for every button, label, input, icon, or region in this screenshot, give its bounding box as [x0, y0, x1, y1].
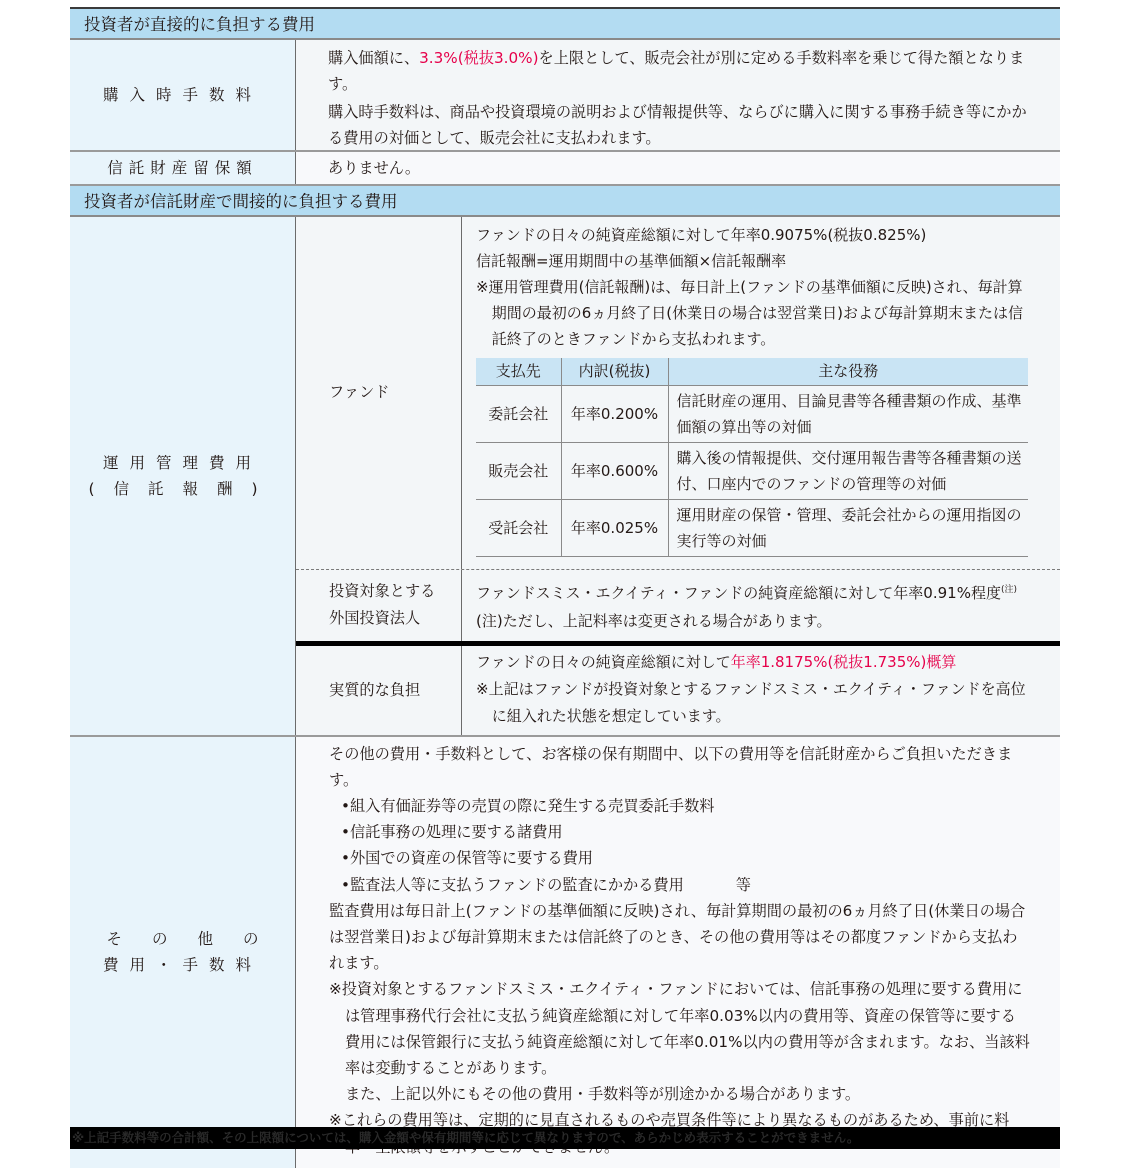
- cell-rate: 年率0.600%: [561, 442, 668, 499]
- fund-note: ※運用管理費用(信託報酬)は、毎日計上(ファンドの基準価額に反映)され、毎計算期…: [476, 274, 1028, 352]
- content-foreign-fund: ファンドスミス・エクイティ・ファンドの純資産総額に対して年率0.91%程度(注)…: [462, 570, 1060, 641]
- label-line: (信託報酬): [88, 476, 276, 502]
- col-header: 支払先: [476, 358, 561, 385]
- content-retention: ありません。: [296, 152, 1060, 184]
- label-effective-burden: 実質的な負担: [296, 646, 462, 735]
- text: ファンドスミス・エクイティ・ファンドの純資産総額に対して年率0.91%程度: [476, 584, 1001, 602]
- other-fees-list: •組入有価証券等の売買の際に発生する売買委託手数料 •信託事務の処理に要する諸費…: [329, 793, 1030, 898]
- list-item: •組入有価証券等の売買の際に発生する売買委託手数料: [341, 793, 1030, 819]
- row-retention: 信託財産留保額 ありません。: [70, 152, 1060, 186]
- cell-payee: 販売会社: [476, 442, 561, 499]
- text: •監査法人等に支払うファンドの監査にかかる費用: [341, 876, 684, 894]
- cell-payee: 受託会社: [476, 499, 561, 556]
- purchase-fee-line1: 購入価額に、3.3%(税抜3.0%)を上限として、販売会社が別に定める手数料率を…: [328, 45, 1032, 97]
- payee-breakdown-table: 支払先 内訳(税抜) 主な役務 委託会社 年率0.200% 信託財産の運用、目論…: [476, 358, 1028, 557]
- row-other-fees: その他の 費用・手数料 その他の費用・手数料として、お客様の保有期間中、以下の費…: [70, 737, 1060, 1168]
- footer-disclaimer: ※上記手数料等の合計額、その上限額については、購入金額や保有期間等に応じて異なり…: [70, 1127, 1060, 1149]
- management-fee-detail: ファンド ファンドの日々の純資産総額に対して年率0.9075%(税抜0.825%…: [296, 217, 1060, 735]
- cell-service: 信託財産の運用、目論見書等各種書類の作成、基準価額の算出等の対価: [668, 385, 1028, 442]
- table-row: 委託会社 年率0.200% 信託財産の運用、目論見書等各種書類の作成、基準価額の…: [476, 385, 1028, 442]
- cell-service: 運用財産の保管・管理、委託会社からの運用指図の実行等の対価: [668, 499, 1028, 556]
- content-purchase-fee: 購入価額に、3.3%(税抜3.0%)を上限として、販売会社が別に定める手数料率を…: [296, 40, 1060, 150]
- label-purchase-fee: 購入時手数料: [70, 40, 296, 150]
- label-line: 投資対象とする: [329, 578, 435, 605]
- label-line: その他の: [106, 926, 288, 952]
- cell-service: 購入後の情報提供、交付運用報告書等各種書類の送付、口座内でのファンドの管理等の対…: [668, 442, 1028, 499]
- list-item: •信託事務の処理に要する諸費用: [341, 819, 1030, 845]
- other-fees-note1-cont: また、上記以外にもその他の費用・手数料等が別途かかる場合があります。: [329, 1081, 1030, 1107]
- content-fund: ファンドの日々の純資産総額に対して年率0.9075%(税抜0.825%) 信託報…: [462, 217, 1060, 569]
- label-retention: 信託財産留保額: [70, 152, 296, 184]
- content-effective-burden: ファンドの日々の純資産総額に対して年率1.8175%(税抜1.735%)概算 ※…: [462, 646, 1060, 735]
- text: ファンドの日々の純資産総額に対して: [476, 653, 731, 671]
- col-header: 内訳(税抜): [561, 358, 668, 385]
- section-header-direct: 投資者が直接的に負担する費用: [70, 9, 1060, 40]
- effective-rate-value: 年率1.8175%(税抜1.735%)概算: [731, 653, 957, 671]
- purchase-fee-line2: 購入時手数料は、商品や投資環境の説明および情報提供等、ならびに購入に関する事務手…: [328, 99, 1032, 151]
- label-line: 運用管理費用: [103, 450, 262, 476]
- footnote-mark: (注): [1001, 585, 1017, 595]
- label-line: 外国投資法人: [329, 605, 420, 632]
- table-row: 受託会社 年率0.025% 運用財産の保管・管理、委託会社からの運用指図の実行等…: [476, 499, 1028, 556]
- foreign-fund-note: (注)ただし、上記料率は変更される場合があります。: [476, 607, 1028, 635]
- cell-payee: 委託会社: [476, 385, 561, 442]
- cell-rate: 年率0.025%: [561, 499, 668, 556]
- content-other-fees: その他の費用・手数料として、お客様の保有期間中、以下の費用等を信託財産からご負担…: [296, 737, 1060, 1168]
- effective-note: ※上記はファンドが投資対象とするファンドスミス・エクイティ・ファンドを高位に組入…: [476, 676, 1028, 730]
- subrow-foreign-fund: 投資対象とする 外国投資法人 ファンドスミス・エクイティ・ファンドの純資産総額に…: [296, 569, 1060, 641]
- text: 等: [736, 876, 751, 894]
- list-item: •外国での資産の保管等に要する費用: [341, 845, 1030, 871]
- label-other-fees: その他の 費用・手数料: [70, 737, 296, 1168]
- row-management-fee: 運用管理費用 (信託報酬) ファンド ファンドの日々の純資産総額に対して年率0.…: [70, 217, 1060, 737]
- table-row: 販売会社 年率0.600% 購入後の情報提供、交付運用報告書等各種書類の送付、口…: [476, 442, 1028, 499]
- cell-rate: 年率0.200%: [561, 385, 668, 442]
- row-purchase-fee: 購入時手数料 購入価額に、3.3%(税抜3.0%)を上限として、販売会社が別に定…: [70, 40, 1060, 152]
- col-header: 主な役務: [668, 358, 1028, 385]
- label-management-fee: 運用管理費用 (信託報酬): [70, 217, 296, 735]
- fund-rate: ファンドの日々の純資産総額に対して年率0.9075%(税抜0.825%): [476, 222, 1028, 248]
- fee-table: 投資者が直接的に負担する費用 購入時手数料 購入価額に、3.3%(税抜3.0%)…: [70, 7, 1060, 1168]
- label-line: 費用・手数料: [103, 952, 262, 978]
- text: 購入価額に、: [328, 49, 419, 67]
- list-item: •監査法人等に支払うファンドの監査にかかる費用等: [341, 872, 1030, 898]
- audit-fee-text: 監査費用は毎日計上(ファンドの基準価額に反映)され、毎計算期間の最初の6ヵ月終了…: [329, 898, 1030, 977]
- foreign-fund-rate: ファンドスミス・エクイティ・ファンドの純資産総額に対して年率0.91%程度(注): [476, 576, 1028, 607]
- label-foreign-fund: 投資対象とする 外国投資法人: [296, 570, 462, 641]
- purchase-fee-rate: 3.3%(税抜3.0%): [419, 49, 538, 67]
- label-fund: ファンド: [296, 217, 462, 569]
- subrow-effective-burden: 実質的な負担 ファンドの日々の純資産総額に対して年率1.8175%(税抜1.73…: [296, 641, 1060, 735]
- fund-formula: 信託報酬=運用期間中の基準価額×信託報酬率: [476, 248, 1028, 274]
- other-fees-intro: その他の費用・手数料として、お客様の保有期間中、以下の費用等を信託財産からご負担…: [329, 741, 1030, 793]
- effective-rate: ファンドの日々の純資産総額に対して年率1.8175%(税抜1.735%)概算: [476, 649, 1028, 676]
- other-fees-note1: ※投資対象とするファンドスミス・エクイティ・ファンドにおいては、信託事務の処理に…: [329, 976, 1030, 1081]
- subrow-fund: ファンド ファンドの日々の純資産総額に対して年率0.9075%(税抜0.825%…: [296, 217, 1060, 569]
- section-header-indirect: 投資者が信託財産で間接的に負担する費用: [70, 186, 1060, 217]
